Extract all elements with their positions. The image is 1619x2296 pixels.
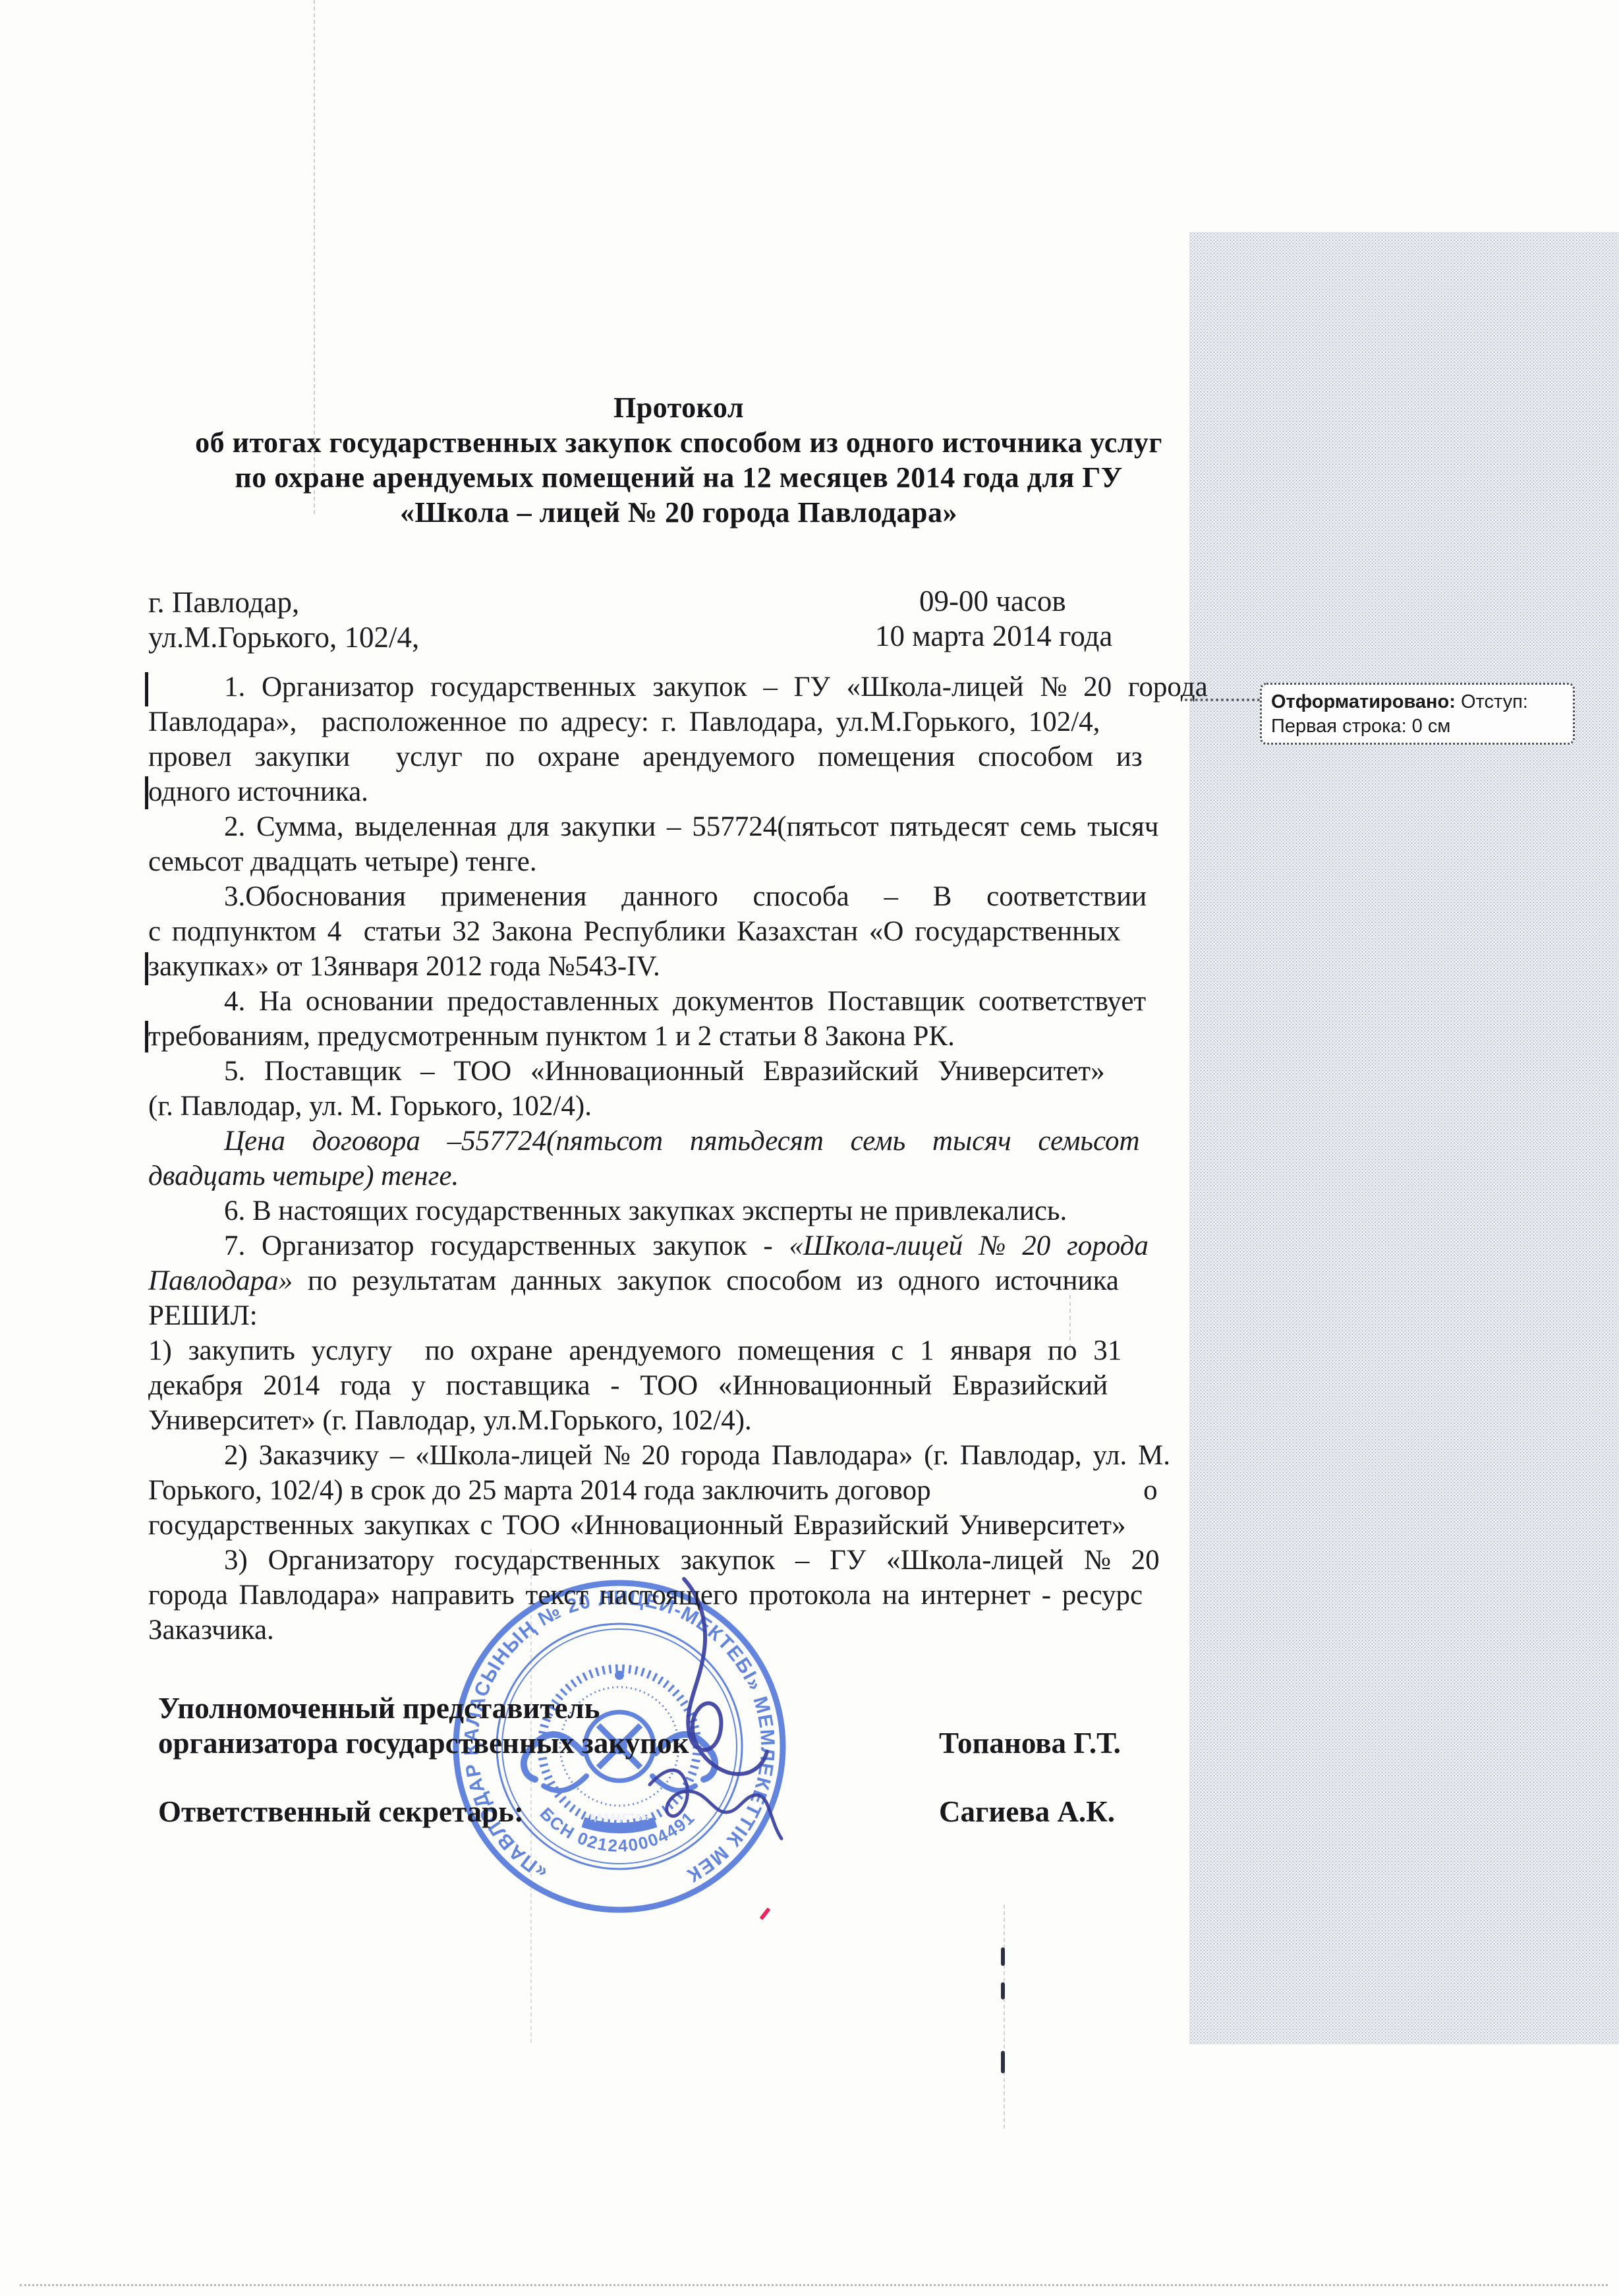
signatory-name: Топанова Г.Т.	[939, 1726, 1121, 1760]
body-line-segment: 3) Организатору государственных закупок …	[224, 1545, 1160, 1576]
scanned-protocol-page: «ПАВЛОДАР ҚАЛАСЫНЫҢ № 20 ЛИЦЕЙ-МЕКТЕБІ» …	[0, 0, 1619, 2296]
body-line: 4. На основании предоставленных документ…	[148, 984, 1203, 1019]
scan-fold-line	[1004, 1905, 1005, 2129]
revision-change-bar	[145, 672, 148, 706]
body-line-segment: 2) Заказчику – «Школа-лицей № 20 города …	[224, 1440, 1170, 1471]
body-line-italic-segment: двадцать четыре) тенге.	[148, 1161, 459, 1191]
scan-dash-mark	[1001, 1982, 1005, 1999]
title-line: об итогах государственных закупок способ…	[148, 425, 1209, 460]
title-line: по охране арендуемых помещений на 12 мес…	[148, 460, 1209, 495]
body-line-segment: закупках» от 13января 2012 года №543-IV.	[148, 951, 660, 982]
body-line-segment: одного источника.	[148, 776, 368, 807]
body-line: 7. Организатор государственных закупок -…	[148, 1228, 1203, 1263]
address-line: ул.М.Горького, 102/4,	[148, 620, 419, 654]
signatory-name: Сагиева А.К.	[939, 1794, 1115, 1829]
body-line-segment: 5. Поставщик – ТОО «Инновационный Еврази…	[224, 1056, 1105, 1087]
body-line-segment: государственных закупках с ТОО «Инноваци…	[148, 1510, 1126, 1541]
body-line-segment: с подпунктом 4 статьи 32 Закона Республи…	[148, 916, 1121, 947]
body-line: Павлодара», расположенное по адресу: г. …	[148, 704, 1203, 739]
body-line-segment: Павлодара», расположенное по адресу: г. …	[148, 706, 1100, 737]
signatory-role-line: Ответственный секретарь:	[158, 1794, 524, 1829]
scanner-bottom-edge	[20, 2284, 1608, 2286]
body-line-segment: Заказчика.	[148, 1615, 274, 1646]
place-line: г. Павлодар,	[148, 585, 299, 619]
body-line-segment: декабря 2014 года у поставщика - ТОО «Ин…	[148, 1370, 1108, 1401]
body-line-italic-segment: Павлодара»	[148, 1265, 293, 1296]
body-line-segment: требованиям, предусмотренным пунктом 1 и…	[148, 1021, 955, 1052]
body-line-segment: Горького, 102/4) в срок до 25 марта 2014…	[148, 1475, 1158, 1506]
body-line-italic-segment: «Школа-лицей № 20 города	[789, 1230, 1149, 1261]
body-line-segment: РЕШИЛ:	[148, 1300, 258, 1331]
body-line: 3.Обоснования применения данного способа…	[148, 879, 1203, 914]
body-line-segment: 7. Организатор государственных закупок -	[224, 1230, 789, 1261]
body-line-segment: (г. Павлодар, ул. М. Горького, 102/4).	[148, 1091, 592, 1122]
body-line: требованиям, предусмотренным пунктом 1 и…	[148, 1019, 1203, 1054]
body-line: 2. Сумма, выделенная для закупки – 55772…	[148, 809, 1203, 844]
body-line: Заказчика.	[148, 1613, 1203, 1648]
signatory-role-line: Уполномоченный представитель	[158, 1691, 600, 1725]
body-line: провел закупки услуг по охране арендуемо…	[148, 739, 1203, 774]
body-line-segment: семьсот двадцать четыре) тенге.	[148, 846, 537, 877]
body-line: Университет» (г. Павлодар, ул.М.Горького…	[148, 1403, 1203, 1438]
body-line: декабря 2014 года у поставщика - ТОО «Ин…	[148, 1368, 1203, 1403]
body-line-segment: 2. Сумма, выделенная для закупки – 55772…	[224, 811, 1158, 842]
body-line-segment: 1. Организатор государственных закупок –…	[224, 672, 1208, 703]
body-line-segment: Университет» (г. Павлодар, ул.М.Горького…	[148, 1405, 752, 1436]
body-line-segment: по результатам данных закупок способом и…	[293, 1265, 1119, 1296]
body-line: двадцать четыре) тенге.	[148, 1159, 1203, 1193]
revision-change-bar	[145, 952, 148, 985]
body-line: семьсот двадцать четыре) тенге.	[148, 844, 1203, 879]
comment-connector-line	[1185, 699, 1260, 701]
body-line: закупках» от 13января 2012 года №543-IV.	[148, 949, 1203, 984]
body-line: 6. В настоящих государственных закупках …	[148, 1193, 1203, 1228]
revision-margin-panel	[1189, 232, 1619, 2044]
title-line: Протокол	[148, 390, 1209, 425]
body-line: 3) Организатору государственных закупок …	[148, 1543, 1203, 1578]
stamp-banner-text: ҚАЗАҚСТАН	[590, 1812, 649, 1823]
time-value: 09-00 часов	[919, 584, 1066, 618]
body-line: 2) Заказчику – «Школа-лицей № 20 города …	[148, 1438, 1203, 1473]
body-line-segment: 1) закупить услугу по охране арендуемого…	[148, 1335, 1122, 1366]
document-title: Протокол об итогах государственных закуп…	[148, 390, 1209, 530]
date-value: 10 марта 2014 года	[875, 619, 1112, 653]
title-line: «Школа – лицей № 20 города Павлодара»	[148, 495, 1209, 530]
body-line-segment: 4. На основании предоставленных документ…	[224, 986, 1146, 1017]
body-line-segment: города Павлодара» направить текст настоя…	[148, 1580, 1143, 1611]
body-line: 5. Поставщик – ТОО «Инновационный Еврази…	[148, 1054, 1203, 1089]
body-line: государственных закупках с ТОО «Инноваци…	[148, 1508, 1203, 1543]
body-line: (г. Павлодар, ул. М. Горького, 102/4).	[148, 1089, 1203, 1124]
body-line-segment: 3.Обоснования применения данного способа…	[224, 881, 1147, 912]
body-line: одного источника.	[148, 774, 1203, 809]
body-text: 1. Организатор государственных закупок –…	[148, 670, 1203, 1648]
revision-change-bar	[145, 1021, 148, 1052]
body-line: Горького, 102/4) в срок до 25 марта 2014…	[148, 1473, 1203, 1508]
signatory-role-line: организатора государственных закупок	[158, 1726, 689, 1760]
body-line: Павлодара» по результатам данных закупок…	[148, 1263, 1203, 1298]
body-line: с подпунктом 4 статьи 32 Закона Республи…	[148, 914, 1203, 949]
revision-change-bar	[145, 776, 148, 809]
body-line: РЕШИЛ:	[148, 1298, 1203, 1333]
comment-label: Отформатировано:	[1271, 691, 1456, 712]
body-line-segment: 6. В настоящих государственных закупках …	[224, 1195, 1067, 1226]
body-line-italic-segment: Цена договора –557724(пятьсот пятьдесят …	[224, 1126, 1140, 1157]
body-line: города Павлодара» направить текст настоя…	[148, 1578, 1203, 1613]
body-line-segment: провел закупки услуг по охране арендуемо…	[148, 741, 1143, 772]
formatting-comment-balloon[interactable]: Отформатировано: Отступ: Первая строка: …	[1260, 683, 1575, 745]
scan-dash-mark	[1001, 1947, 1005, 1966]
body-line: 1. Организатор государственных закупок –…	[148, 670, 1203, 704]
scan-dash-mark	[1001, 2051, 1005, 2073]
body-line: 1) закупить услугу по охране арендуемого…	[148, 1333, 1203, 1368]
body-line: Цена договора –557724(пятьсот пятьдесят …	[148, 1124, 1203, 1159]
